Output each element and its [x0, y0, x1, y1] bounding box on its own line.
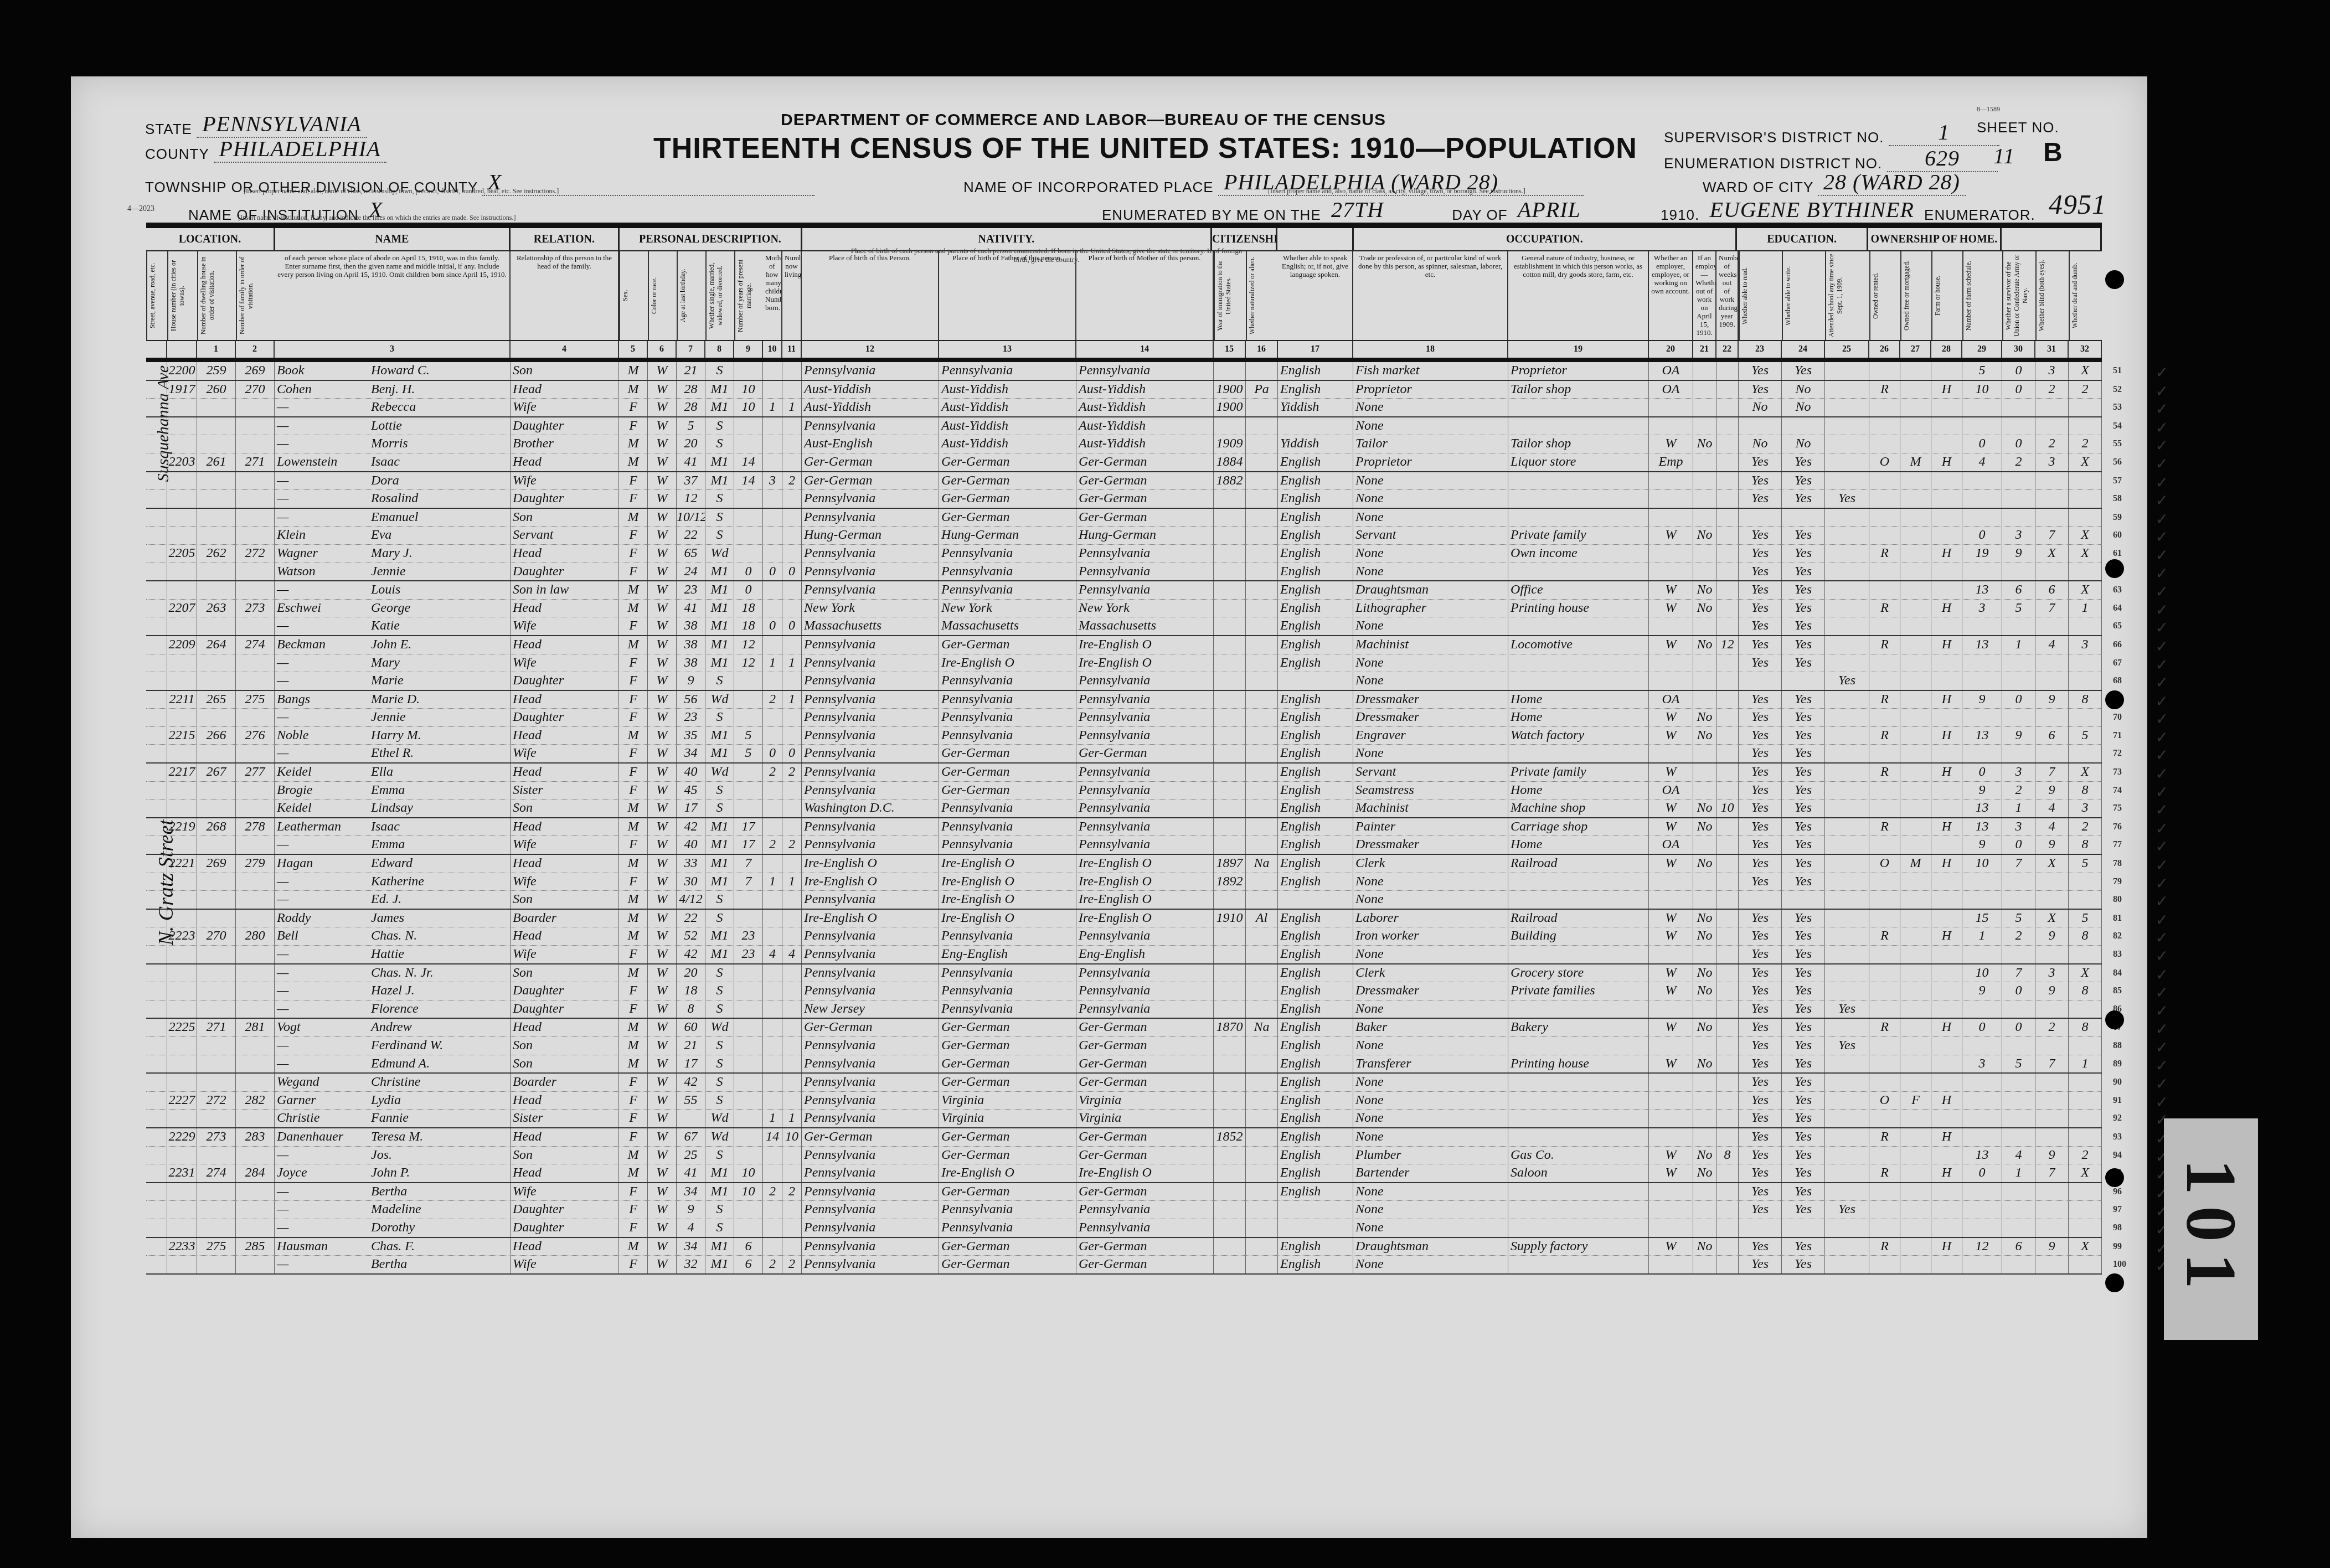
cell-industry: Home: [1508, 691, 1649, 709]
cell-family: [236, 617, 275, 635]
surname: —: [277, 891, 371, 908]
cell-own: R: [1869, 764, 1900, 781]
cell-relation: Wife: [511, 399, 619, 416]
cell-farm: [1931, 617, 1962, 635]
cell-pob-father: Eng-English: [939, 946, 1076, 963]
cell-emp: [1649, 417, 1693, 435]
cell-age: 28: [677, 381, 705, 399]
cell-born: [763, 1201, 782, 1219]
cell-emp: [1649, 563, 1693, 581]
cell-english: English: [1278, 1092, 1353, 1110]
cell-relation: Head: [511, 1164, 619, 1182]
cell-write: Yes: [1782, 910, 1825, 927]
cell-sex: M: [619, 1164, 648, 1182]
line-number: 58: [2113, 490, 2141, 507]
cell-pob: Ire-English O: [802, 910, 939, 927]
cell-farm: H: [1931, 1164, 1962, 1182]
cell-house: [167, 836, 197, 854]
person-name: CohenBenj. H.: [275, 381, 511, 399]
person-name: DanenhauerTeresa M.: [275, 1128, 511, 1146]
sheet-side: B: [2043, 137, 2063, 168]
cell-weeks: [1716, 1000, 1739, 1018]
cell-pob-father: Ire-English O: [939, 891, 1076, 909]
col-31: [2035, 417, 2069, 435]
col-29: 0: [1962, 764, 2002, 781]
column-number: 12: [802, 341, 939, 358]
cell-weeks: [1716, 836, 1739, 854]
column-header-1: Number of dwelling house in order of vis…: [197, 251, 236, 340]
cell-school: [1825, 654, 1869, 672]
cell-yrs-married: [734, 910, 763, 927]
cell-pob-father: Ire-English O: [939, 873, 1076, 891]
cell-out: [1693, 691, 1716, 709]
col-29: 13: [1962, 636, 2002, 654]
cell-own: [1869, 399, 1900, 416]
cell-farm: H: [1931, 453, 1962, 471]
cell-sex: M: [619, 581, 648, 599]
column-number: 4: [511, 341, 619, 358]
col-30: [2002, 472, 2035, 490]
cell-emp: W: [1649, 527, 1693, 544]
cell-out: No: [1693, 982, 1716, 1000]
cell-immig: [1214, 982, 1246, 1000]
cell-write: [1782, 891, 1825, 909]
cell-out: [1693, 509, 1716, 527]
cell-free: [1900, 563, 1931, 581]
cell-pob-father: Pennsylvania: [939, 581, 1076, 599]
cell-out: [1693, 617, 1716, 635]
cell-farm: [1931, 399, 1962, 416]
cell-house: [167, 1183, 197, 1201]
cell-pob: Pennsylvania: [802, 1147, 939, 1164]
cell-family: [236, 709, 275, 726]
col-30: [2002, 563, 2035, 581]
cell-trade: Lithographer: [1353, 600, 1508, 617]
cell-yrs-married: 5: [734, 745, 763, 762]
col-32: X: [2069, 545, 2102, 563]
cell-sex: M: [619, 1147, 648, 1164]
cell-house: [167, 1256, 197, 1273]
cell-sex: F: [619, 745, 648, 762]
cell-immig: [1214, 782, 1246, 800]
street-cell: [146, 1238, 167, 1256]
col-30: 1: [2002, 1164, 2035, 1182]
col-30: [2002, 1219, 2035, 1237]
surname: Bangs: [277, 691, 371, 708]
person-name: —Ferdinand W.: [275, 1037, 511, 1055]
col-32: 5: [2069, 910, 2102, 927]
cell-emp: Emp: [1649, 453, 1693, 471]
cell-family: 273: [236, 600, 275, 617]
checkmark-icon: ✓: [2156, 929, 2168, 947]
cell-own: R: [1869, 1238, 1900, 1256]
surname: Wegand: [277, 1074, 371, 1091]
cell-house: [167, 1219, 197, 1237]
cell-read: Yes: [1739, 764, 1782, 781]
cell-write: Yes: [1782, 818, 1825, 836]
cell-trade: None: [1353, 1183, 1508, 1201]
cell-yrs-married: 14: [734, 472, 763, 490]
cell-trade: Laborer: [1353, 910, 1508, 927]
table-row: KeidelLindsaySonMW17SWashington D.C.Penn…: [146, 800, 2102, 818]
cell-industry: [1508, 1201, 1649, 1219]
person-name: NobleHarry M.: [275, 727, 511, 745]
line-number: 57: [2113, 472, 2141, 489]
cell-sex: F: [619, 563, 648, 581]
cell-house: 2223: [167, 927, 197, 945]
cell-pob-father: Pennsylvania: [939, 818, 1076, 836]
cell-marital: M1: [705, 1164, 734, 1182]
cell-yrs-married: [734, 362, 763, 380]
checkmark-icon: ✓: [2156, 582, 2168, 601]
col-30: [2002, 946, 2035, 963]
cell-family: [236, 1201, 275, 1219]
col-29: 0: [1962, 1019, 2002, 1036]
cell-immig: [1214, 654, 1246, 672]
cell-write: Yes: [1782, 709, 1825, 726]
cell-age: 56: [677, 691, 705, 709]
cell-pob: Pennsylvania: [802, 1201, 939, 1219]
cell-dwelling: [197, 1055, 236, 1073]
cell-immig: [1214, 509, 1246, 527]
cell-living: [782, 636, 802, 654]
cell-age: 20: [677, 964, 705, 982]
cell-own: R: [1869, 381, 1900, 399]
cell-free: [1900, 1037, 1931, 1055]
col-32: 1: [2069, 600, 2102, 617]
cell-pob-mother: Pennsylvania: [1076, 362, 1214, 380]
cell-pob-father: Ger-German: [939, 1183, 1076, 1201]
column-header-2: Number of family in order of visitation.: [236, 251, 275, 340]
col-30: 4: [2002, 1147, 2035, 1164]
cell-write: Yes: [1782, 873, 1825, 891]
street-cell: [146, 636, 167, 654]
state-field: State Pennsylvania: [145, 111, 367, 138]
cell-pob-mother: Pennsylvania: [1076, 563, 1214, 581]
cell-natz: [1246, 1055, 1278, 1073]
cell-pob: Pennsylvania: [802, 836, 939, 854]
cell-dwelling: [197, 1000, 236, 1018]
cell-yrs-married: [734, 1000, 763, 1018]
cell-pob: Pennsylvania: [802, 782, 939, 800]
cell-weeks: [1716, 435, 1739, 453]
cell-living: 2: [782, 1183, 802, 1201]
cell-living: [782, 490, 802, 508]
person-name: —Ethel R.: [275, 745, 511, 762]
cell-pob-father: Pennsylvania: [939, 727, 1076, 745]
cell-race: W: [648, 509, 677, 527]
cell-dwelling: 262: [197, 545, 236, 563]
cell-age: 37: [677, 472, 705, 490]
cell-house: 2200: [167, 362, 197, 380]
cell-dwelling: 264: [197, 636, 236, 654]
cell-born: [763, 600, 782, 617]
cell-free: [1900, 1055, 1931, 1073]
cell-immig: 1910: [1214, 910, 1246, 927]
given-name: Edward: [371, 856, 413, 870]
cell-dwelling: [197, 1110, 236, 1127]
cell-emp: [1649, 672, 1693, 690]
cell-industry: [1508, 654, 1649, 672]
cell-yrs-married: [734, 709, 763, 726]
cell-race: W: [648, 672, 677, 690]
street-cell: [146, 1019, 167, 1036]
cell-english: English: [1278, 782, 1353, 800]
cell-free: [1900, 617, 1931, 635]
col-32: [2069, 745, 2102, 762]
checkmark-icon: ✓: [2156, 363, 2168, 382]
person-name: —Rebecca: [275, 399, 511, 416]
street-cell: [146, 545, 167, 563]
col-30: [2002, 1074, 2035, 1091]
cell-born: [763, 1000, 782, 1018]
given-name: Marie: [371, 673, 404, 688]
cell-race: W: [648, 982, 677, 1000]
cell-industry: Bakery: [1508, 1019, 1649, 1036]
cell-out: No: [1693, 727, 1716, 745]
cell-living: [782, 453, 802, 471]
cell-pob-father: Pennsylvania: [939, 982, 1076, 1000]
checkmark-icon: ✓: [2156, 947, 2168, 966]
col-32: [2069, 1219, 2102, 1237]
cell-house: [167, 490, 197, 508]
table-row: —EmmaWifeFW40M11722PennsylvaniaPennsylva…: [146, 836, 2102, 855]
col-29: 10: [1962, 381, 2002, 399]
line-number: 76: [2113, 818, 2141, 835]
col-30: [2002, 399, 2035, 416]
cell-pob-father: Ire-English O: [939, 654, 1076, 672]
cell-marital: M1: [705, 745, 734, 762]
street-cell: [146, 1256, 167, 1273]
col-29: [1962, 399, 2002, 416]
cell-race: W: [648, 946, 677, 963]
cell-pob: Massachusetts: [802, 617, 939, 635]
col-31: 4: [2035, 800, 2069, 817]
cell-immig: [1214, 581, 1246, 599]
cell-yrs-married: [734, 764, 763, 781]
cell-english: English: [1278, 654, 1353, 672]
cell-family: [236, 873, 275, 891]
cell-weeks: [1716, 1219, 1739, 1237]
col-31: 6: [2035, 727, 2069, 745]
cell-free: [1900, 600, 1931, 617]
cell-emp: W: [1649, 600, 1693, 617]
cell-read: Yes: [1739, 1074, 1782, 1091]
cell-sex: M: [619, 1037, 648, 1055]
cell-farm: H: [1931, 1128, 1962, 1146]
cell-emp: [1649, 745, 1693, 762]
person-name: KeidelElla: [275, 764, 511, 781]
line-number: 80: [2113, 891, 2141, 908]
cell-sex: F: [619, 982, 648, 1000]
cell-read: Yes: [1739, 527, 1782, 544]
cell-relation: Sister: [511, 1110, 619, 1127]
person-name: —Florence: [275, 1000, 511, 1018]
person-name: ChristieFannie: [275, 1110, 511, 1127]
cell-marital: S: [705, 1000, 734, 1018]
cell-house: [167, 472, 197, 490]
line-number: 53: [2113, 399, 2141, 416]
cell-house: 2207: [167, 600, 197, 617]
cell-natz: [1246, 417, 1278, 435]
cell-dwelling: [197, 527, 236, 544]
col-31: 4: [2035, 636, 2069, 654]
person-name: EschweiGeorge: [275, 600, 511, 617]
cell-relation: Servant: [511, 527, 619, 544]
cell-immig: [1214, 1147, 1246, 1164]
column-number: 21: [1693, 341, 1716, 358]
cell-free: [1900, 836, 1931, 854]
line-number: 94: [2113, 1147, 2141, 1164]
cell-relation: Daughter: [511, 709, 619, 726]
surname: Keidel: [277, 800, 371, 817]
cell-sex: F: [619, 654, 648, 672]
cell-race: W: [648, 453, 677, 471]
col-32: [2069, 399, 2102, 416]
cell-write: Yes: [1782, 836, 1825, 854]
col-32: [2069, 1201, 2102, 1219]
column-header-17: Whether able to speak English; or, if no…: [1278, 251, 1353, 340]
cell-yrs-married: 23: [734, 946, 763, 963]
checkmark-icon: ✓: [2156, 874, 2168, 893]
col-30: [2002, 1000, 2035, 1018]
cell-free: [1900, 1238, 1931, 1256]
enumeration-day: 27th: [1326, 197, 1447, 224]
cell-english: [1278, 1219, 1353, 1237]
cell-read: [1739, 1219, 1782, 1237]
cell-weeks: [1716, 818, 1739, 836]
cell-born: 0: [763, 745, 782, 762]
cell-relation: Head: [511, 855, 619, 873]
cell-born: 14: [763, 1128, 782, 1146]
cell-english: English: [1278, 709, 1353, 726]
col-30: [2002, 1201, 2035, 1219]
cell-school: [1825, 1092, 1869, 1110]
cell-farm: H: [1931, 818, 1962, 836]
col-29: [1962, 654, 2002, 672]
cell-free: [1900, 490, 1931, 508]
cell-immig: [1214, 1000, 1246, 1018]
col-30: 9: [2002, 727, 2035, 745]
col-32: 2: [2069, 435, 2102, 453]
cell-farm: H: [1931, 1019, 1962, 1036]
cell-yrs-married: 0: [734, 581, 763, 599]
cell-natz: [1246, 1110, 1278, 1127]
cell-pob: Pennsylvania: [802, 362, 939, 380]
cell-industry: [1508, 417, 1649, 435]
column-number: 20: [1649, 341, 1693, 358]
cell-family: [236, 472, 275, 490]
column-header-loc1: House number (in cities or towns).: [167, 251, 197, 340]
column-header-5: Sex.: [619, 251, 648, 340]
cell-pob-father: Massachusetts: [939, 617, 1076, 635]
cell-pob-father: Pennsylvania: [939, 1201, 1076, 1219]
person-name: —Morris: [275, 435, 511, 453]
cell-relation: Head: [511, 636, 619, 654]
col-31: 6: [2035, 581, 2069, 599]
cell-family: [236, 399, 275, 416]
film-frame-label: 101: [2164, 1118, 2258, 1340]
cell-farm: [1931, 654, 1962, 672]
cell-read: Yes: [1739, 855, 1782, 873]
cell-pob: Pennsylvania: [802, 1074, 939, 1091]
street-cell: [146, 1147, 167, 1164]
column-header-14: Place of birth of Mother of this person.: [1076, 251, 1214, 340]
cell-weeks: [1716, 381, 1739, 399]
cell-race: W: [648, 1019, 677, 1036]
cell-race: W: [648, 764, 677, 781]
cell-english: English: [1278, 490, 1353, 508]
cell-out: [1693, 1000, 1716, 1018]
cell-immig: [1214, 927, 1246, 945]
cell-relation: Wife: [511, 836, 619, 854]
cell-industry: Liquor store: [1508, 453, 1649, 471]
cell-family: [236, 1055, 275, 1073]
cell-english: English: [1278, 727, 1353, 745]
given-name: Louis: [371, 582, 400, 597]
cell-born: 2: [763, 836, 782, 854]
line-number: 98: [2113, 1219, 2141, 1236]
surname: —: [277, 509, 371, 526]
given-name: Eva: [371, 528, 391, 542]
surname: —: [277, 873, 371, 890]
cell-own: [1869, 1074, 1900, 1091]
cell-out: [1693, 381, 1716, 399]
cell-out: [1693, 545, 1716, 563]
cell-own: [1869, 800, 1900, 817]
cell-industry: Machine shop: [1508, 800, 1649, 817]
cell-born: [763, 982, 782, 1000]
cell-pob: New York: [802, 600, 939, 617]
col-29: 9: [1962, 982, 2002, 1000]
line-number: 99: [2113, 1238, 2141, 1255]
cell-out: [1693, 873, 1716, 891]
col-30: [2002, 617, 2035, 635]
cell-yrs-married: 23: [734, 927, 763, 945]
col-29: 3: [1962, 600, 2002, 617]
cell-sex: M: [619, 727, 648, 745]
cell-weeks: [1716, 946, 1739, 963]
cell-race: W: [648, 873, 677, 891]
cell-trade: Proprietor: [1353, 381, 1508, 399]
column-header-8: Whether single, married, widowed, or div…: [705, 251, 734, 340]
cell-sex: F: [619, 836, 648, 854]
cell-industry: Home: [1508, 709, 1649, 726]
given-name: Bertha: [371, 1257, 407, 1271]
cell-relation: Daughter: [511, 672, 619, 690]
cell-age: 5: [677, 417, 705, 435]
cell-emp: [1649, 1201, 1693, 1219]
col-30: 2: [2002, 453, 2035, 471]
cell-immig: [1214, 600, 1246, 617]
cell-living: 10: [782, 1128, 802, 1146]
cell-dwelling: 269: [197, 855, 236, 873]
enumeration-district-value: 629: [1887, 145, 1998, 172]
cell-sex: M: [619, 1055, 648, 1073]
cell-marital: S: [705, 910, 734, 927]
cell-family: 272: [236, 545, 275, 563]
cell-emp: W: [1649, 581, 1693, 599]
cell-own: O: [1869, 855, 1900, 873]
cell-pob-father: Pennsylvania: [939, 927, 1076, 945]
surname: Klein: [277, 527, 371, 544]
cell-trade: None: [1353, 617, 1508, 635]
checkmark-icon: ✓: [2156, 400, 2168, 419]
sheet-number-value: 11: [1993, 143, 2015, 169]
cell-farm: H: [1931, 855, 1962, 873]
cell-age: 24: [677, 563, 705, 581]
cell-weeks: [1716, 1019, 1739, 1036]
